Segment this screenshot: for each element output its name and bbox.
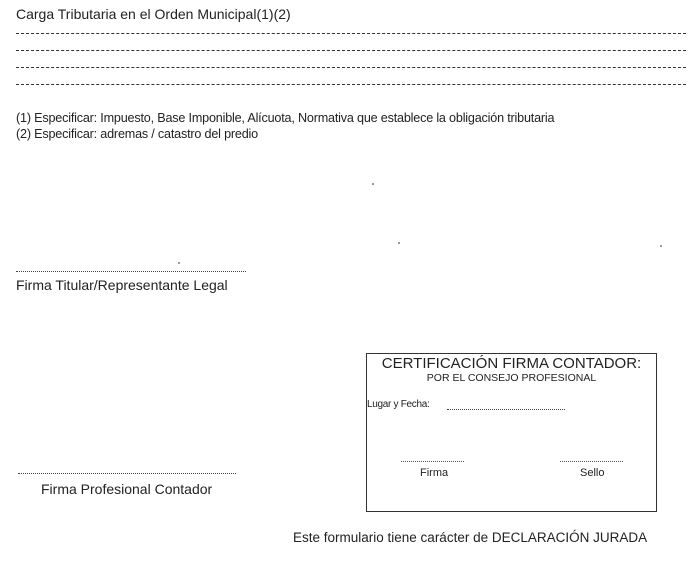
- scan-speck: [660, 245, 662, 247]
- titular-signature-label: Firma Titular/Representante Legal: [16, 277, 228, 293]
- footnote-2: (2) Especificar: adremas / catastro del …: [16, 126, 258, 141]
- blank-entry-line-3[interactable]: [16, 67, 686, 68]
- blank-entry-line-2[interactable]: [16, 50, 686, 51]
- place-date-field[interactable]: [447, 409, 565, 410]
- place-date-label: Lugar y Fecha:: [367, 399, 430, 410]
- section-title: Carga Tributaria en el Orden Municipal(1…: [16, 6, 291, 22]
- contador-signature-line[interactable]: [18, 473, 236, 474]
- certification-box: CERTIFICACIÓN FIRMA CONTADOR: POR EL CON…: [366, 353, 657, 512]
- certification-sello-line[interactable]: [560, 461, 623, 462]
- titular-signature-line[interactable]: [16, 271, 246, 272]
- blank-entry-line-4[interactable]: [16, 84, 686, 85]
- footnote-1: (1) Especificar: Impuesto, Base Imponibl…: [16, 110, 554, 125]
- blank-entry-line-1[interactable]: [16, 33, 686, 34]
- scan-speck: [178, 262, 180, 264]
- certification-sello-label: Sello: [580, 467, 604, 479]
- sworn-declaration-notice: Este formulario tiene carácter de DECLAR…: [293, 530, 647, 545]
- scan-speck: [372, 183, 374, 185]
- contador-signature-label: Firma Profesional Contador: [41, 481, 212, 497]
- certification-title: CERTIFICACIÓN FIRMA CONTADOR:: [367, 355, 656, 372]
- certification-subtitle: POR EL CONSEJO PROFESIONAL: [367, 372, 656, 384]
- certification-firma-line[interactable]: [401, 461, 464, 462]
- scan-speck: [398, 242, 400, 244]
- certification-firma-label: Firma: [420, 467, 448, 479]
